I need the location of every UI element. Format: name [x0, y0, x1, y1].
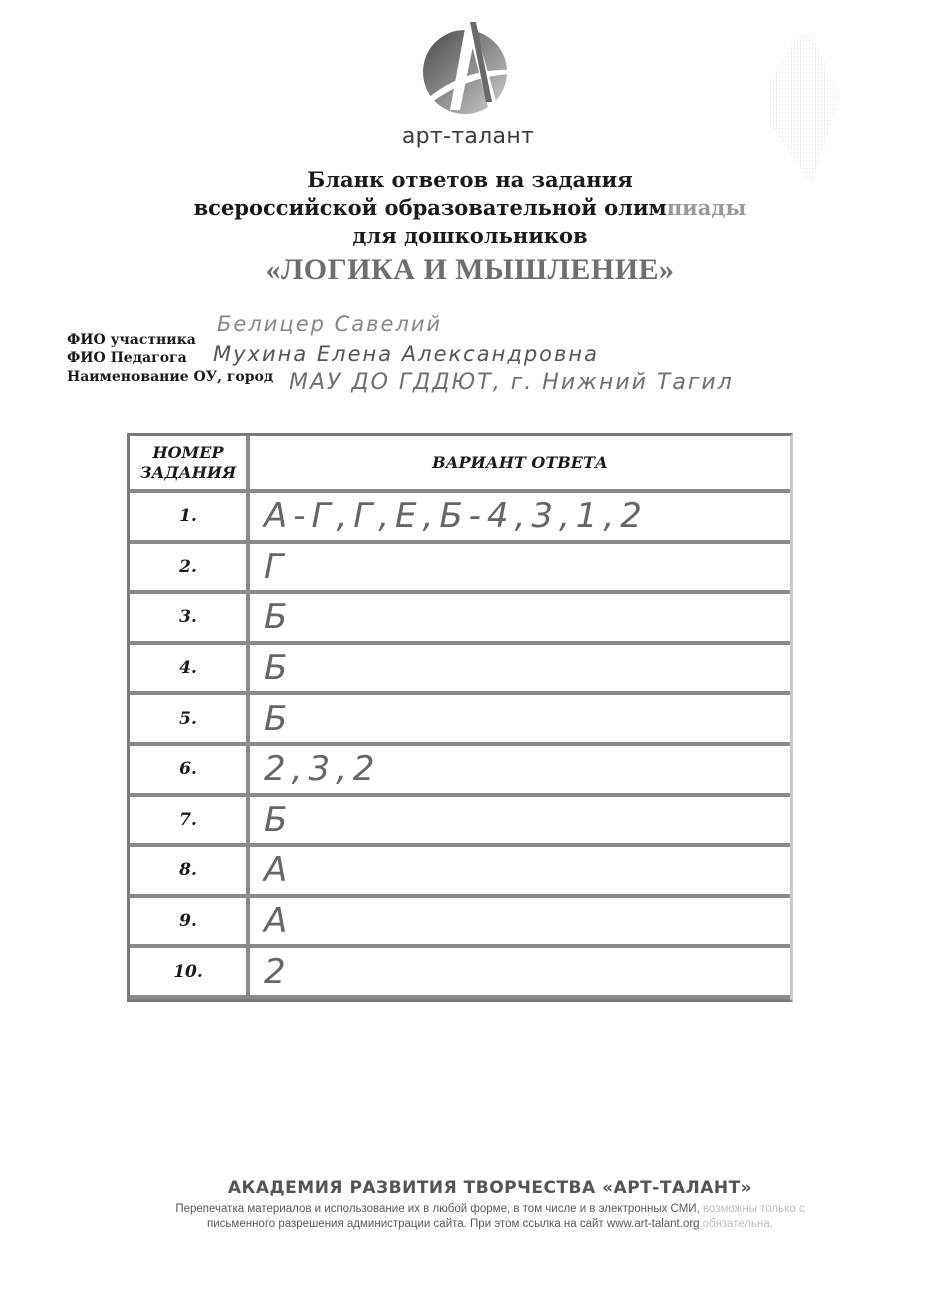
task-number: 3. [130, 594, 250, 641]
answer-field[interactable]: 2,3,2 [250, 746, 790, 793]
answer-field[interactable]: Б [250, 695, 790, 742]
school-label: Наименование ОУ, город [67, 369, 273, 385]
answer-field[interactable]: А-Г,Г,Е,Б-4,3,1,2 [250, 493, 790, 540]
teacher-name-field[interactable]: Мухина Елена Александровна [213, 342, 599, 366]
task-number: 9. [130, 898, 250, 945]
header-task-number: НОМЕР ЗАДАНИЯ [130, 436, 250, 489]
answer-field[interactable]: Б [250, 797, 790, 844]
answer-table: НОМЕР ЗАДАНИЯ ВАРИАНТ ОТВЕТА 1.А-Г,Г,Е,Б… [127, 433, 793, 1002]
table-row: 6.2,3,2 [130, 746, 790, 797]
footer: АКАДЕМИЯ РАЗВИТИЯ ТВОРЧЕСТВА «АРТ-ТАЛАНТ… [60, 1178, 920, 1232]
logo-text: арт-талант [368, 124, 568, 149]
answer-field[interactable]: Б [250, 594, 790, 641]
scan-artifact [770, 35, 840, 185]
task-number: 6. [130, 746, 250, 793]
task-number: 10. [130, 948, 250, 995]
title-line-2: всероссийской образовательной олимпиады [150, 194, 790, 222]
answer-field[interactable]: А [250, 898, 790, 945]
task-number: 7. [130, 797, 250, 844]
copyright-note: Перепечатка материалов и использование и… [60, 1202, 920, 1232]
art-talant-logo-icon [410, 10, 520, 120]
copyright-line-1-main: Перепечатка материалов и использование и… [175, 1203, 703, 1215]
table-header: НОМЕР ЗАДАНИЯ ВАРИАНТ ОТВЕТА [130, 436, 790, 493]
header-answer: ВАРИАНТ ОТВЕТА [250, 436, 790, 489]
copyright-line-2-faded: обязательна. [703, 1218, 773, 1230]
copyright-line-2: письменного разрешения администрации сай… [60, 1217, 920, 1232]
table-row: 1.А-Г,Г,Е,Б-4,3,1,2 [130, 493, 790, 544]
header-task-number-line1: НОМЕР [153, 443, 224, 463]
task-number: 1. [130, 493, 250, 540]
title-line-2-faded: пиады [667, 195, 747, 220]
header-task-number-line2: ЗАДАНИЯ [140, 463, 236, 483]
title-line-2-main: всероссийской образовательной олим [194, 195, 667, 220]
table-row: 2.Г [130, 544, 790, 595]
copyright-line-1: Перепечатка материалов и использование и… [60, 1202, 920, 1217]
form-title: Бланк ответов на задания всероссийской о… [150, 166, 790, 288]
participant-label: ФИО участника [67, 332, 196, 348]
copyright-line-1-faded: возможны только с [703, 1203, 805, 1215]
task-number: 5. [130, 695, 250, 742]
task-number: 4. [130, 645, 250, 692]
school-field[interactable]: МАУ ДО ГДДЮТ, г. Нижний Тагил [289, 370, 734, 395]
table-row: 9.А [130, 898, 790, 949]
table-row: 7.Б [130, 797, 790, 848]
answer-field[interactable]: 2 [250, 948, 790, 995]
task-number: 8. [130, 847, 250, 894]
title-line-3: для дошкольников [150, 222, 790, 250]
copyright-line-2-main: письменного разрешения администрации сай… [207, 1218, 703, 1230]
table-row: 10.2 [130, 948, 790, 999]
table-row: 5.Б [130, 695, 790, 746]
table-row: 4.Б [130, 645, 790, 696]
teacher-label: ФИО Педагога [67, 350, 187, 366]
title-line-1: Бланк ответов на задания [150, 166, 790, 194]
table-row: 8.А [130, 847, 790, 898]
answer-field[interactable]: Г [250, 544, 790, 591]
table-row: 3.Б [130, 594, 790, 645]
olympiad-name: «ЛОГИКА И МЫШЛЕНИЕ» [150, 252, 790, 288]
participant-name-field[interactable]: Белицер Савелий [217, 312, 442, 336]
task-number: 2. [130, 544, 250, 591]
footer-title: АКАДЕМИЯ РАЗВИТИЯ ТВОРЧЕСТВА «АРТ-ТАЛАНТ… [60, 1178, 920, 1198]
answer-field[interactable]: А [250, 847, 790, 894]
answer-field[interactable]: Б [250, 645, 790, 692]
